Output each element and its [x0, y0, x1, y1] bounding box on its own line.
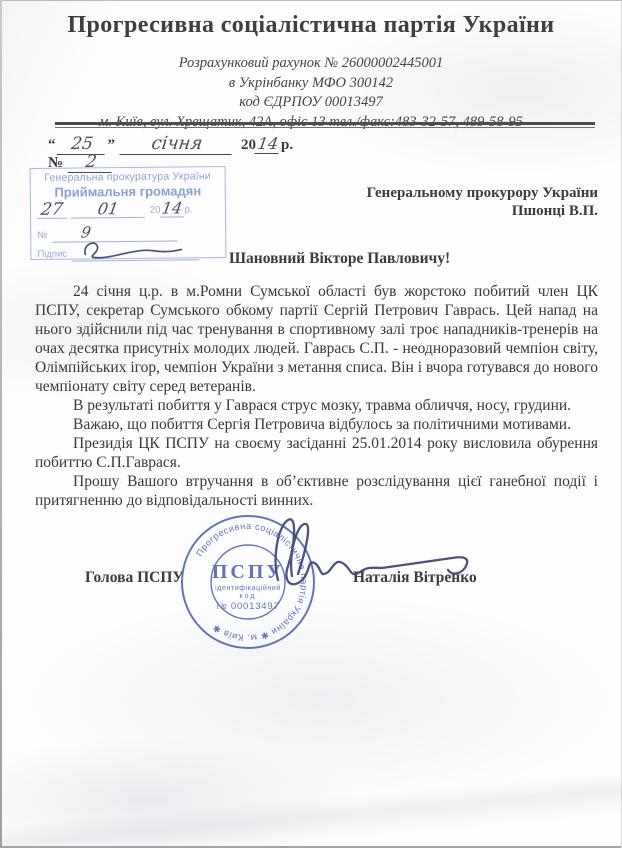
salutation: Шановний Вікторе Павловичу!	[229, 250, 450, 268]
body-paragraph: 24 січня ц.р. в м.Ромни Сумської області…	[35, 282, 598, 396]
stamp-signature-scrawl-icon	[75, 237, 185, 264]
letterhead-code-line: код ЄДРПОУ 00013497	[0, 93, 622, 113]
body-paragraph: В результаті побиття у Гаврася струс моз…	[35, 396, 598, 415]
year-suffix: р.	[281, 137, 293, 153]
reception-stamp-date-row: 27 01 2014р.	[37, 198, 219, 224]
stamp-handwritten-month: 01	[97, 199, 121, 218]
scanned-letter-page: Прогресивна соціалістична партія України…	[0, 0, 622, 848]
paper-wrinkle-shading	[0, 776, 622, 846]
header-divider	[55, 122, 595, 128]
stamp-signature-label: Підпис	[37, 249, 67, 260]
close-quote: ”	[108, 137, 116, 153]
stamp-year-suffix: р.	[184, 204, 192, 215]
open-quote: “	[48, 137, 56, 153]
stamp-handwritten-year: 14	[161, 198, 185, 217]
letterhead-bank-line: в Укрінбанку МФО 300142	[0, 74, 622, 94]
signer-position: Голова ПСПУ	[85, 569, 184, 587]
handwritten-month: січня	[119, 133, 234, 155]
body-paragraph: Президія ЦК ПСПУ на своєму засіданні 25.…	[35, 434, 598, 472]
reception-stamp-org: Генеральна прокуратура України	[37, 170, 219, 184]
scan-edge-left	[0, 0, 2, 848]
stamp-handwritten-day: 27	[39, 200, 64, 220]
recipient-name: Пшонці В.П.	[340, 202, 598, 220]
handwritten-year: 14	[255, 134, 282, 154]
page-title: Прогресивна соціалістична партія України	[0, 12, 622, 39]
scan-edge-top	[0, 0, 622, 1]
stamp-number-label: №	[37, 230, 47, 241]
year-prefix: 20	[241, 137, 256, 153]
letterhead-account-line: Розрахунковий рахунок № 26000002445001	[0, 54, 622, 74]
letterhead-details: Розрахунковий рахунок № 26000002445001 в…	[0, 54, 622, 132]
reception-stamp-signature-row: Підпис	[37, 241, 219, 263]
recipient-title: Генеральному прокурору України	[340, 184, 598, 202]
reception-stamp: Генеральна прокуратура України Приймальн…	[30, 166, 227, 260]
body-paragraph: Важаю, що побиття Сергія Петровича відбу…	[35, 415, 598, 434]
stamp-year-prefix: 20	[150, 205, 161, 216]
recipient-block: Генеральному прокурору України Пшонці В.…	[340, 184, 598, 220]
letter-body: 24 січня ц.р. в м.Ромни Сумської області…	[35, 282, 598, 510]
chairwoman-signature-icon	[248, 498, 508, 608]
